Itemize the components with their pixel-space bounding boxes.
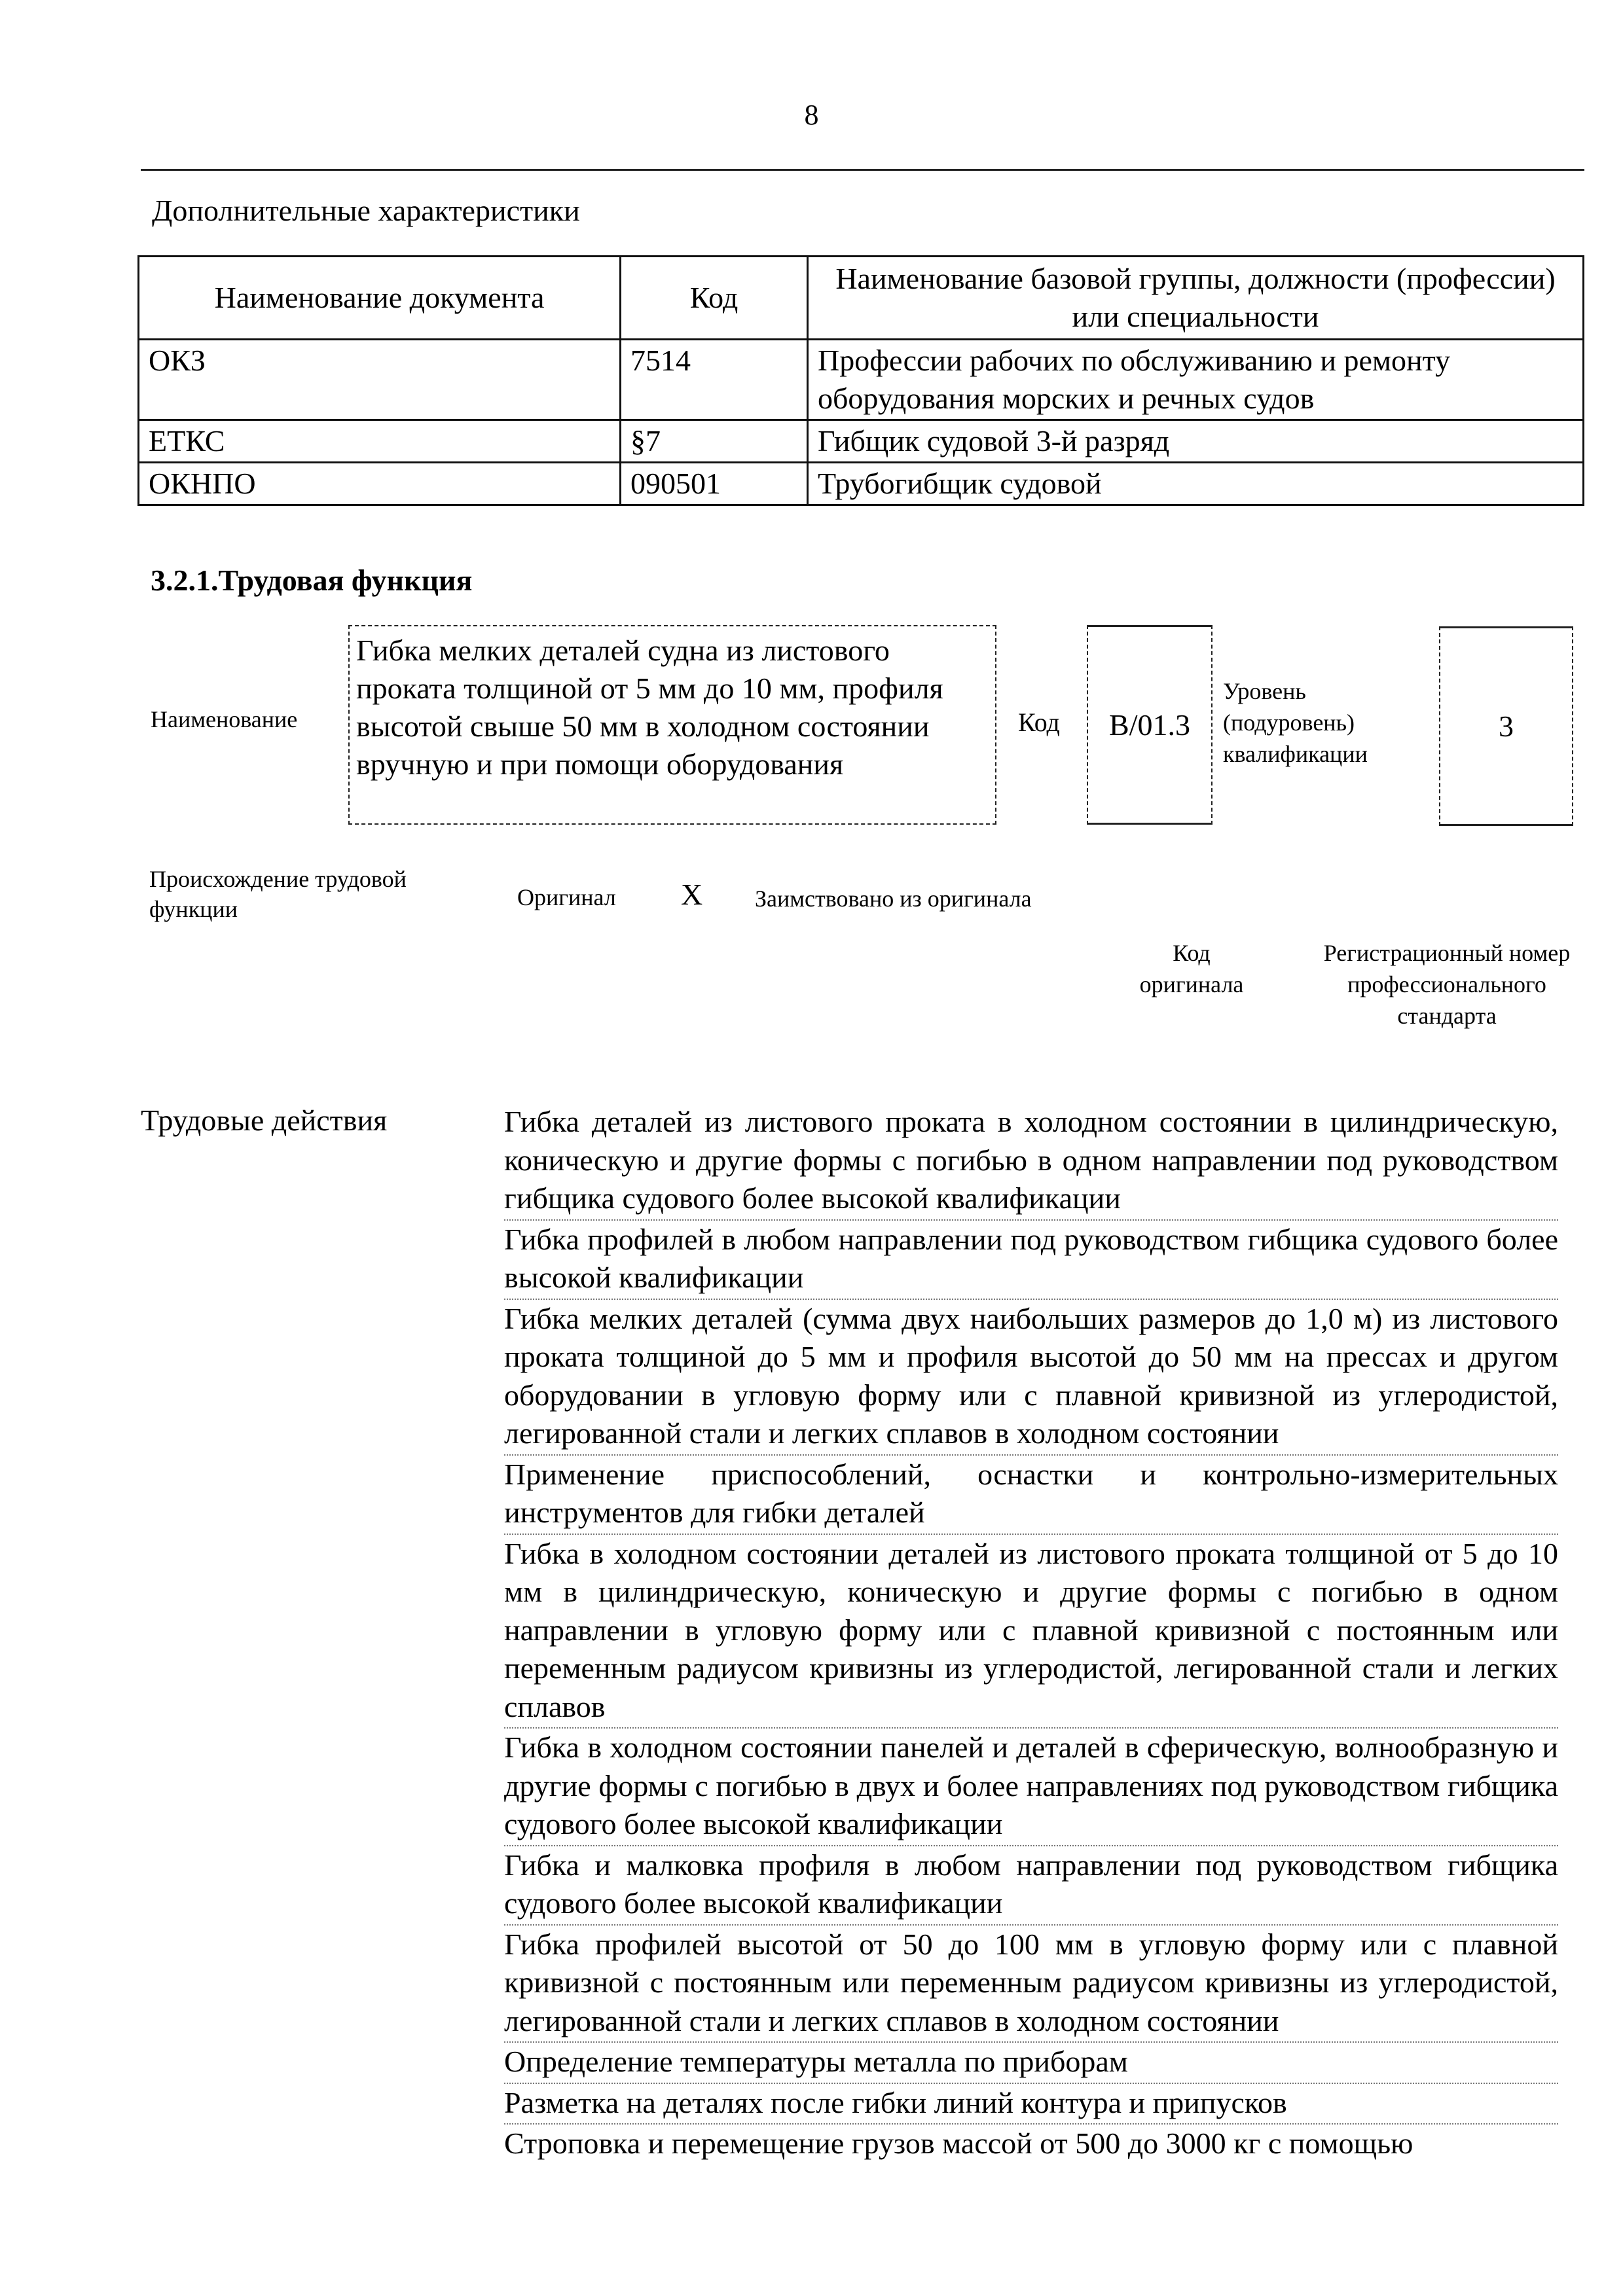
function-name-label: Наименование: [151, 706, 297, 733]
header-document-name: Наименование документа: [139, 257, 621, 340]
function-code-value: B/01.3: [1087, 625, 1213, 825]
registration-number-label: Регистрационный номер профессионального …: [1316, 937, 1578, 1031]
original-code-label: Код оригинала: [1126, 937, 1257, 1000]
list-item: Гибка в холодном состоянии деталей из ли…: [504, 1535, 1558, 1729]
qualification-level-label: Уровень (подуровень) квалификации: [1223, 675, 1419, 770]
function-origin-label: Происхождение трудовой функции: [149, 864, 457, 924]
list-item: Разметка на деталях после гибки линий ко…: [504, 2084, 1558, 2125]
list-item: Гибка и малковка профиля в любом направл…: [504, 1846, 1558, 1926]
cell-document: ОКНПО: [139, 463, 621, 505]
additional-characteristics-caption: Дополнительные характеристики: [152, 193, 580, 228]
list-item: Гибка профилей в любом направлении под р…: [504, 1221, 1558, 1300]
function-origin-label-text: Происхождение трудовой функции: [149, 864, 457, 924]
qualification-level-label-text: Уровень (подуровень) квалификации: [1223, 675, 1419, 770]
page-number: 8: [0, 98, 1623, 132]
cell-code: 7514: [621, 340, 808, 420]
list-item: Гибка деталей из листового проката в хол…: [504, 1103, 1558, 1221]
header-group-name: Наименование базовой группы, должности (…: [808, 257, 1584, 340]
list-item: Применение приспособлений, оснастки и ко…: [504, 1456, 1558, 1535]
cell-name: Гибщик судовой 3-й разряд: [808, 420, 1584, 463]
original-mark: X: [681, 877, 702, 912]
table-row: ЕТКС §7 Гибщик судовой 3-й разряд: [139, 420, 1584, 463]
function-name-value: Гибка мелких деталей судна из листового …: [348, 625, 996, 825]
header-rule: [141, 169, 1584, 171]
cell-name: Трубогибщик судовой: [808, 463, 1584, 505]
labor-function-title: 3.2.1.Трудовая функция: [151, 563, 472, 598]
additional-characteristics-table: Наименование документа Код Наименование …: [137, 255, 1584, 506]
table-row: ОКНПО 090501 Трубогибщик судовой: [139, 463, 1584, 505]
table-row: ОКЗ 7514 Профессии рабочих по обслуживан…: [139, 340, 1584, 420]
labor-actions-list: Гибка деталей из листового проката в хол…: [504, 1103, 1558, 2164]
cell-code: 090501: [621, 463, 808, 505]
labor-actions-label: Трудовые действия: [141, 1103, 387, 1138]
table-header-row: Наименование документа Код Наименование …: [139, 257, 1584, 340]
list-item: Определение температуры металла по прибо…: [504, 2043, 1558, 2084]
cell-document: ОКЗ: [139, 340, 621, 420]
cell-document: ЕТКС: [139, 420, 621, 463]
header-code: Код: [621, 257, 808, 340]
list-item: Гибка мелких деталей (сумма двух наиболь…: [504, 1300, 1558, 1456]
qualification-level-value: 3: [1439, 626, 1573, 826]
function-code-label: Код: [1018, 707, 1060, 738]
borrowed-label: Заимствовано из оригинала: [755, 885, 1032, 912]
original-label: Оригинал: [517, 884, 616, 911]
list-item: Гибка профилей высотой от 50 до 100 мм в…: [504, 1926, 1558, 2043]
cell-code: §7: [621, 420, 808, 463]
cell-name: Профессии рабочих по обслуживанию и ремо…: [808, 340, 1584, 420]
list-item: Гибка в холодном состоянии панелей и дет…: [504, 1729, 1558, 1846]
list-item: Строповка и перемещение грузов массой от…: [504, 2125, 1558, 2164]
